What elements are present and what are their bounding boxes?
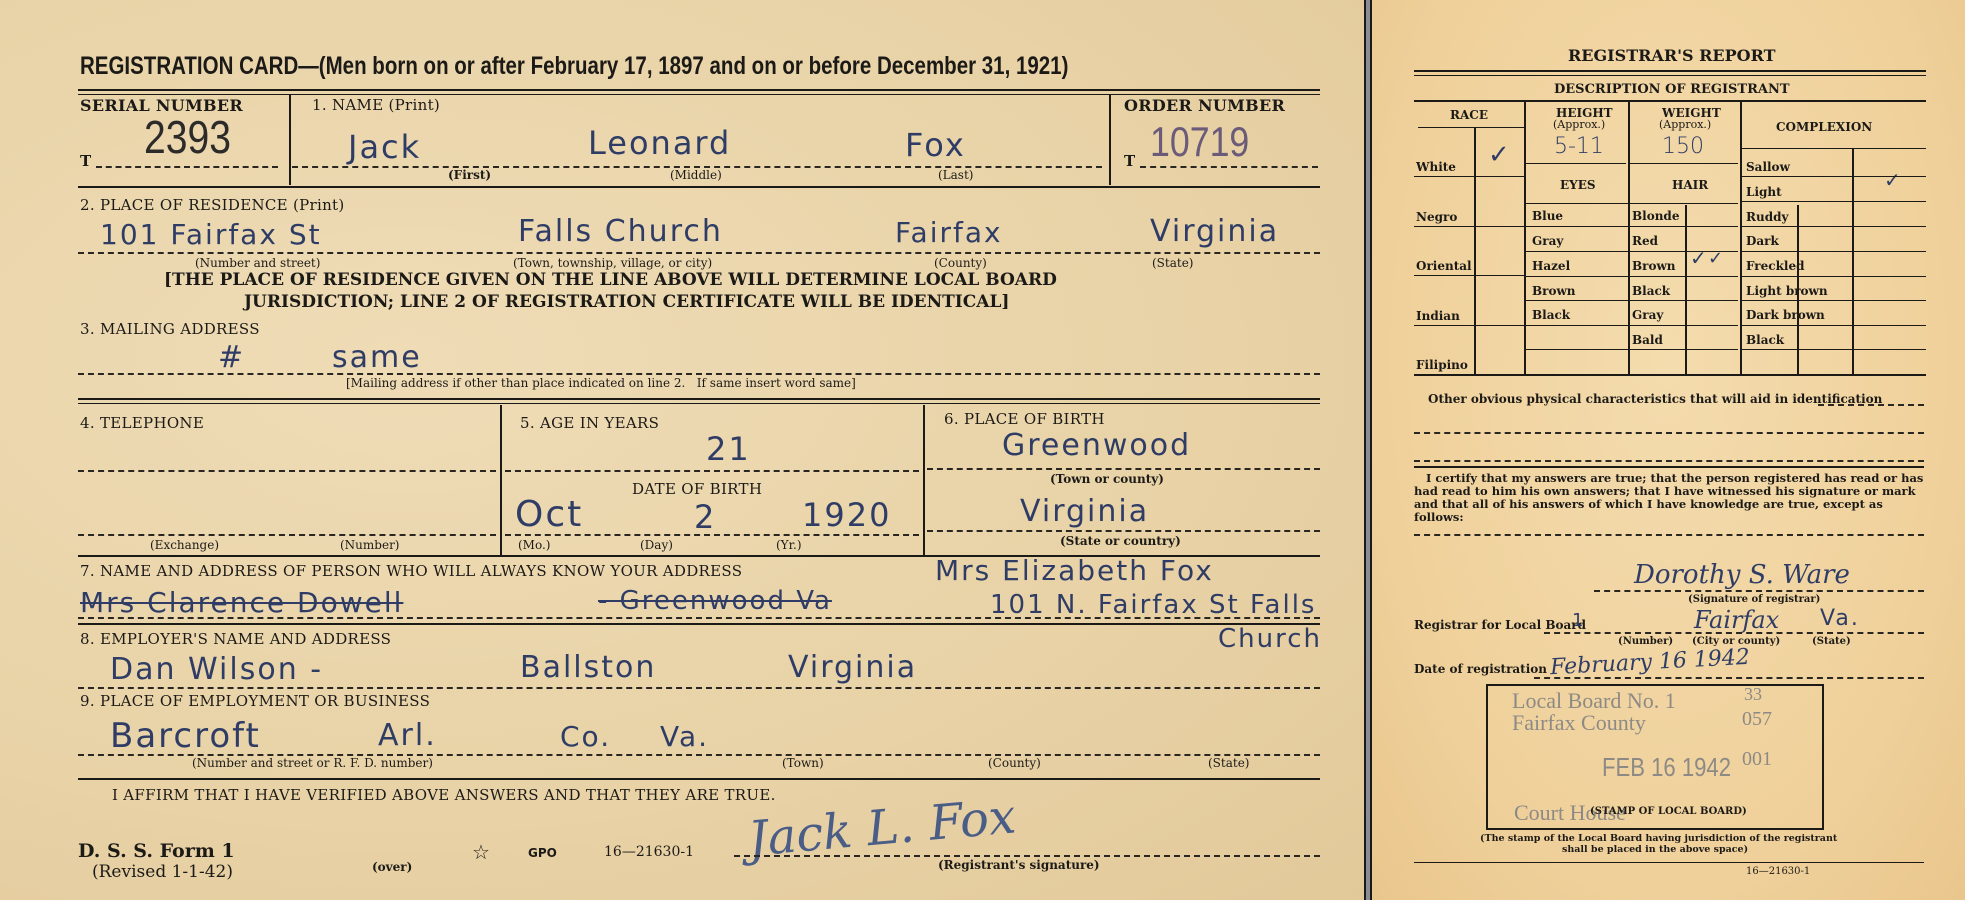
employment-county-value: Co. <box>560 720 611 753</box>
serial-prefix: T <box>80 152 91 170</box>
residence-notice-line1: [THE PLACE OF RESIDENCE GIVEN ON THE LIN… <box>164 270 1057 290</box>
age-value: 21 <box>706 430 751 468</box>
race-negro: Negro <box>1416 210 1457 224</box>
hair-red: Red <box>1632 234 1658 248</box>
caption-employment-town: (Town) <box>782 756 824 770</box>
eyes-hazel: Hazel <box>1532 259 1570 273</box>
age-label: 5. AGE IN YEARS <box>520 414 659 432</box>
employment-state-value: Va. <box>660 720 709 753</box>
mailing-address-label: 3. MAILING ADDRESS <box>80 320 260 338</box>
caption-registrant-signature: (Registrant's signature) <box>938 858 1100 872</box>
employer-state-value: Virginia <box>788 650 917 685</box>
order-prefix: T <box>1124 152 1135 170</box>
serial-number-value: 2393 <box>144 110 231 164</box>
birth-year-value: 1920 <box>802 496 891 534</box>
gpo-label: GPO <box>528 846 557 860</box>
card-separator <box>1364 0 1372 900</box>
complexion-dark: Dark <box>1746 234 1779 248</box>
caption-employment-state: (State) <box>1208 756 1249 770</box>
complexion-light-check[interactable]: ✓ <box>1884 168 1901 192</box>
hair-header: HAIR <box>1672 178 1708 192</box>
birth-town-value: Greenwood <box>1002 428 1191 463</box>
hair-brown-check[interactable]: ✓ <box>1708 248 1723 269</box>
affirmation-text: I AFFIRM THAT I HAVE VERIFIED ABOVE ANSW… <box>112 786 776 804</box>
complexion-light-brown: Light brown <box>1746 284 1828 298</box>
card-title: REGISTRATION CARD—(Men born on or after … <box>80 52 1068 81</box>
report-subtitle: DESCRIPTION OF REGISTRANT <box>1554 82 1790 97</box>
complexion-light: Light <box>1746 185 1782 199</box>
caption-month: (Mo.) <box>518 538 550 552</box>
caption-first: (First) <box>448 168 491 182</box>
stamp-number-1: 33 <box>1744 684 1762 705</box>
caption-county: (County) <box>934 256 987 270</box>
employer-label: 8. EMPLOYER'S NAME AND ADDRESS <box>80 630 391 648</box>
employment-street-value: Barcroft <box>110 716 261 756</box>
stamp-number-2: 057 <box>1742 708 1772 731</box>
stamp-caption: (STAMP OF LOCAL BOARD) <box>1590 806 1747 817</box>
order-number-value: 10719 <box>1150 118 1249 166</box>
registrar-signature: Dorothy S. Ware <box>1634 560 1850 590</box>
caption-registrar-signature: (Signature of registrar) <box>1688 594 1820 605</box>
race-oriental: Oriental <box>1416 259 1472 273</box>
employment-label: 9. PLACE OF EMPLOYMENT OR BUSINESS <box>80 692 430 710</box>
caption-day: (Day) <box>640 538 673 552</box>
gpo-code: 16—21630-1 <box>604 844 694 860</box>
mailing-address-value: same <box>332 340 422 375</box>
complexion-dark-brown: Dark brown <box>1746 308 1825 322</box>
race-white-check[interactable]: ✓ <box>1488 140 1510 170</box>
date-of-birth-label: DATE OF BIRTH <box>632 480 762 498</box>
race-white: White <box>1416 160 1456 174</box>
telephone-label: 4. TELEPHONE <box>80 414 204 432</box>
race-indian: Indian <box>1416 309 1460 323</box>
complexion-header: COMPLEXION <box>1776 120 1872 134</box>
employer-name-value: Dan Wilson - <box>110 652 323 687</box>
residence-town-value: Falls Church <box>518 214 723 249</box>
eyes-hazel-check[interactable]: ✓ <box>1690 246 1707 270</box>
first-name-value: Jack <box>348 128 421 166</box>
employment-town-value: Arl. <box>378 718 437 753</box>
eyes-black: Black <box>1532 308 1570 322</box>
report-title: REGISTRAR'S REPORT <box>1568 46 1776 65</box>
employer-town-value: Ballston <box>520 650 656 685</box>
contact-new-city: Church <box>1218 624 1322 654</box>
caption-birth-state: (State or country) <box>1060 534 1181 548</box>
date-of-registration-value: February 16 1942 <box>1549 645 1750 680</box>
registrars-report-back: REGISTRAR'S REPORT DESCRIPTION OF REGIST… <box>1372 0 1965 900</box>
star-icon: ☆ <box>472 840 490 864</box>
hair-gray: Gray <box>1632 308 1663 322</box>
stamp-county: Fairfax County <box>1512 710 1646 736</box>
name-label: 1. NAME (Print) <box>312 96 440 114</box>
eyes-gray: Gray <box>1532 234 1563 248</box>
last-name-value: Fox <box>905 126 966 164</box>
birth-day-value: 2 <box>694 498 716 536</box>
stamp-note-line1: (The stamp of the Local Board having jur… <box>1480 833 1837 844</box>
race-filipino: Filipino <box>1416 358 1468 372</box>
caption-town: (Town, township, village, or city) <box>513 256 712 270</box>
eyes-blue: Blue <box>1532 209 1563 223</box>
eyes-header: EYES <box>1560 178 1596 192</box>
place-of-birth-label: 6. PLACE OF BIRTH <box>944 410 1105 428</box>
residence-label: 2. PLACE OF RESIDENCE (Print) <box>80 196 345 214</box>
eyes-brown: Brown <box>1532 284 1576 298</box>
local-board-number: 1 <box>1572 610 1585 631</box>
contact-new-address: 101 N. Fairfax St Falls <box>990 590 1316 620</box>
contact-struck-name: Mrs Clarence Dowell <box>80 586 403 619</box>
caption-board-number: (Number) <box>1618 636 1673 647</box>
birth-state-value: Virginia <box>1020 494 1149 529</box>
caption-board-state: (State) <box>1812 636 1851 647</box>
caption-year: (Yr.) <box>776 538 802 552</box>
height-value: 5-11 <box>1554 134 1604 159</box>
complexion-black: Black <box>1746 333 1784 347</box>
mailing-caption: [Mailing address if other than place ind… <box>346 376 856 390</box>
caption-exchange: (Exchange) <box>150 538 219 552</box>
complexion-ruddy: Ruddy <box>1746 210 1788 224</box>
complexion-freckled: Freckled <box>1746 259 1804 273</box>
back-footer-code: 16—21630-1 <box>1746 866 1810 877</box>
caption-middle: (Middle) <box>670 168 722 182</box>
caption-last: (Last) <box>938 168 973 182</box>
middle-name-value: Leonard <box>588 124 731 162</box>
hair-brown: Brown <box>1632 259 1676 273</box>
order-number-label: ORDER NUMBER <box>1124 96 1285 115</box>
contact-person-label: 7. NAME AND ADDRESS OF PERSON WHO WILL A… <box>80 562 742 580</box>
stamp-date: FEB 16 1942 <box>1602 752 1731 783</box>
residence-notice-line2: JURISDICTION; LINE 2 OF REGISTRATION CER… <box>244 292 1009 312</box>
hair-black: Black <box>1632 284 1670 298</box>
race-header: RACE <box>1450 108 1488 122</box>
hair-bald: Bald <box>1632 333 1663 347</box>
residence-state-value: Virginia <box>1150 214 1279 249</box>
weight-approx: (Approx.) <box>1659 118 1711 131</box>
local-board-city: Fairfax <box>1694 606 1779 634</box>
form-revised: (Revised 1-1-42) <box>92 862 233 882</box>
caption-state: (State) <box>1152 256 1193 270</box>
hair-blonde: Blonde <box>1632 209 1679 223</box>
local-board-label: Registrar for Local Board <box>1414 618 1586 632</box>
residence-county-value: Fairfax <box>895 216 1003 249</box>
certification-text: I certify that my answers are true; that… <box>1414 472 1926 524</box>
local-board-state: Va. <box>1820 606 1860 631</box>
birth-month-value: Oct <box>515 494 583 535</box>
other-characteristics-label: Other obvious physical characteristics t… <box>1428 392 1882 406</box>
caption-birth-town: (Town or county) <box>1050 472 1164 486</box>
registration-card-front: REGISTRATION CARD—(Men born on or after … <box>0 0 1364 900</box>
caption-street: (Number and street) <box>195 256 320 270</box>
stamp-number-3: 001 <box>1742 748 1772 771</box>
caption-number: (Number) <box>340 538 400 552</box>
mailing-mark: # <box>218 340 245 375</box>
weight-value: 150 <box>1662 134 1704 159</box>
caption-employment-county: (County) <box>988 756 1041 770</box>
form-over: (over) <box>372 860 412 874</box>
residence-street-value: 101 Fairfax St <box>100 218 322 251</box>
form-name: D. S. S. Form 1 <box>78 840 235 862</box>
complexion-sallow: Sallow <box>1746 160 1790 174</box>
caption-employment-street: (Number and street or R. F. D. number) <box>192 756 433 770</box>
height-approx: (Approx.) <box>1553 118 1605 131</box>
contact-struck-place: - Greenwood Va <box>598 586 832 616</box>
stamp-note-line2: shall be placed in the above space) <box>1562 844 1748 855</box>
date-of-registration-label: Date of registration <box>1414 662 1547 676</box>
contact-new-name: Mrs Elizabeth Fox <box>935 554 1214 587</box>
